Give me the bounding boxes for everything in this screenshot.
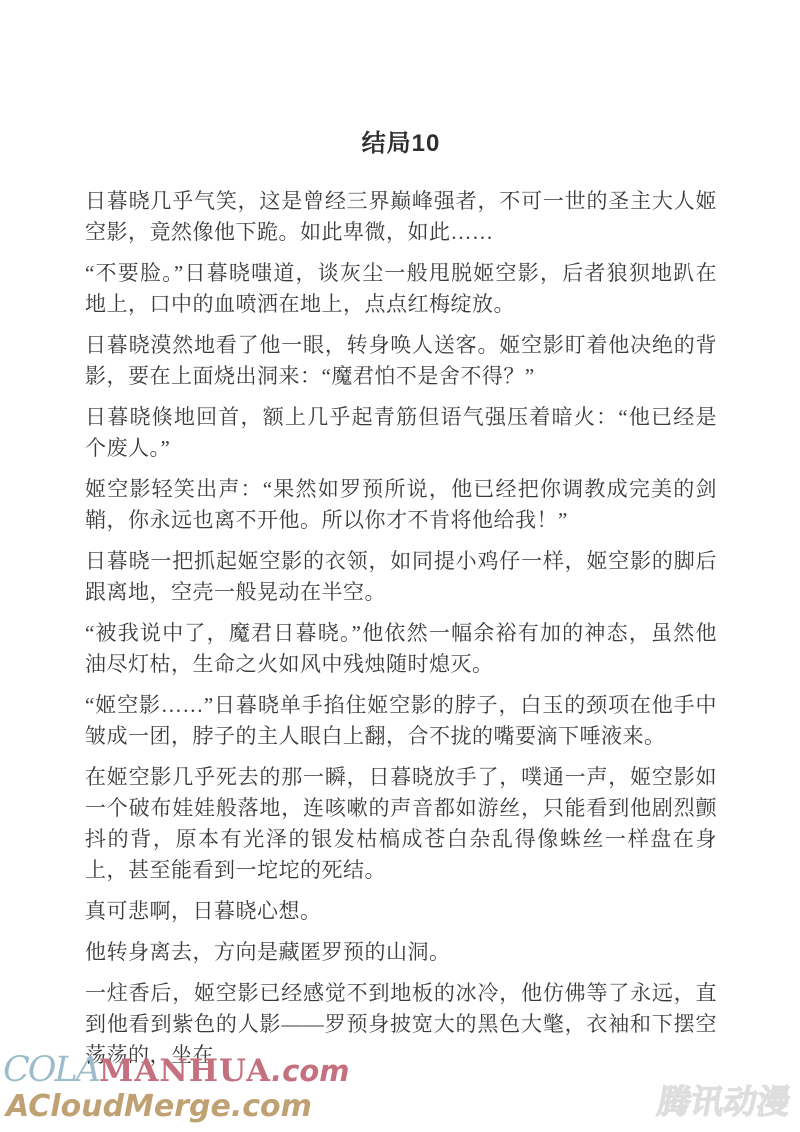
- story-paragraph: 日暮晓几乎气笑，这是曾经三界巅峰强者，不可一世的圣主大人姬空影，竟然像他下跪。如…: [85, 186, 717, 248]
- story-paragraph: 日暮晓一把抓起姬空影的衣领，如同提小鸡仔一样，姬空影的脚后跟离地，空壳一般晃动在…: [85, 546, 717, 608]
- story-paragraph: 日暮晓倏地回首，额上几乎起青筋但语气强压着暗火：“他已经是个废人。”: [85, 402, 717, 464]
- watermark-manhua-text: MANHUA: [99, 1053, 271, 1089]
- story-paragraph: 姬空影轻笑出声：“果然如罗预所说，他已经把你调教成完美的剑鞘，你永远也离不开他。…: [85, 474, 717, 536]
- story-content: 结局10 日暮晓几乎气笑，这是曾经三界巅峰强者，不可一世的圣主大人姬空影，竟然像…: [85, 123, 717, 1081]
- story-paragraph: 真可悲啊，日暮晓心想。: [85, 896, 717, 927]
- tencent-comics-logo: 腾讯动漫: [654, 1082, 793, 1122]
- story-paragraph: “姬空影……”日暮晓单手掐住姬空影的脖子，白玉的颈项在他手中皱成一团，脖子的主人…: [85, 690, 717, 752]
- novel-text-page: 结局10 日暮晓几乎气笑，这是曾经三界巅峰强者，不可一世的圣主大人姬空影，竟然像…: [0, 0, 800, 1132]
- watermark-acloudmerge: ACloudMerge.com: [6, 1090, 312, 1124]
- story-paragraph: 他转身离去，方向是藏匿罗预的山洞。: [85, 937, 717, 968]
- story-paragraph: 在姬空影几乎死去的那一瞬，日暮晓放手了，噗通一声，姬空影如一个破布娃娃般落地，连…: [85, 762, 717, 886]
- story-paragraph: 日暮晓漠然地看了他一眼，转身唤人送客。姬空影盯着他决绝的背影，要在上面烧出洞来：…: [85, 330, 717, 392]
- story-paragraph: “不要脸。”日暮晓嗤道，谈灰尘一般甩脱姬空影，后者狼狈地趴在地上，口中的血喷洒在…: [85, 258, 717, 320]
- story-paragraph: “被我说中了，魔君日暮晓。”他依然一幅余裕有加的神态，虽然他油尽灯枯，生命之火如…: [85, 618, 717, 680]
- watermark-domain-suffix: .com: [271, 1054, 349, 1088]
- page-title: 结局10: [85, 123, 717, 158]
- watermark-cola-text: COLA: [3, 1050, 99, 1090]
